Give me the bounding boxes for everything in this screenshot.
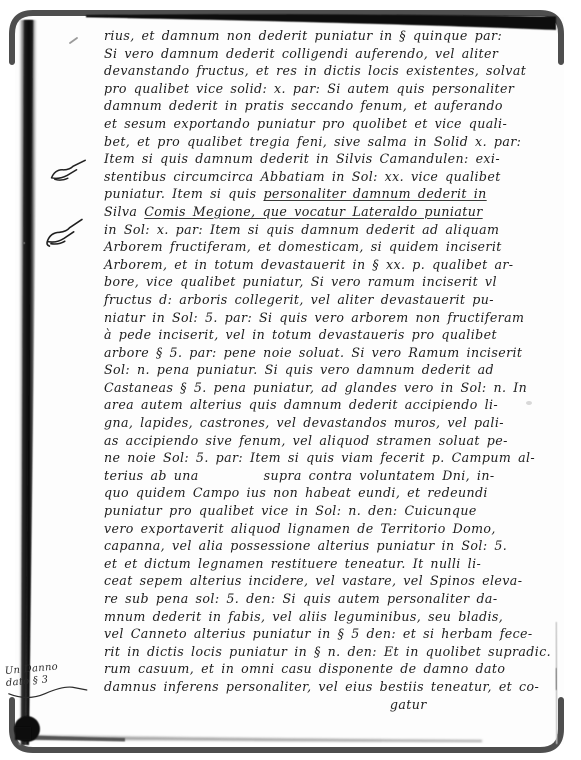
margin-note: Un Danno dato § 3 <box>4 658 99 706</box>
text-line: Sol: n. pena puniatur. Si quis vero damn… <box>104 361 558 379</box>
text-line: gna, lapides, castrones, vel devastandos… <box>104 414 558 432</box>
text-line: arbore § 5. par: pene noie soluat. Si ve… <box>104 344 558 362</box>
text-line: niatur in Sol: 5. par: Si quis vero arbo… <box>104 309 558 327</box>
text-line: as accipiendo sive fenum, vel aliquod st… <box>104 432 558 450</box>
text-line: pro qualibet vice solid: x. par: Si aute… <box>104 80 558 98</box>
text-line: et et dictum legnamen restituere teneatu… <box>104 555 558 573</box>
text-line: rit in dictis locis puniatur in § n. den… <box>104 643 558 661</box>
text-line: rum casuum, et in omni casu disponente d… <box>104 660 558 678</box>
text-line: stentibus circumcirca Abbatiam in Sol: x… <box>104 168 558 186</box>
text-line: in Sol: x. par: Item si quis damnum dede… <box>104 221 558 239</box>
text-line: area autem alterius quis damnum dederit … <box>104 396 558 414</box>
text-line: bore, vice qualibet puniatur, Si vero ra… <box>104 273 558 291</box>
text-line: et sesum exportando puniatur pro quolibe… <box>104 115 558 133</box>
manuscript-scan-page: rius, et damnum non dederit puniatur in … <box>0 0 581 760</box>
text-line: devanstando fructus, et res in dictis lo… <box>104 62 558 80</box>
text-line: mnum dederit in fabis, vel aliis legumin… <box>104 608 558 626</box>
handwritten-text: rius, et damnum non dederit puniatur in … <box>104 27 558 713</box>
text-line: vero exportaverit aliquod lignamen de Te… <box>104 520 558 538</box>
text-line: rius, et damnum non dederit puniatur in … <box>104 27 558 45</box>
text-line: Item si quis damnum dederit in Silvis Ca… <box>104 150 558 168</box>
text-line: à pede inciserit, vel in totum devastaue… <box>104 326 558 344</box>
text-line: Silva Comis Megione, que vocatur Lateral… <box>104 203 558 221</box>
text-line: re sub pena sol: 5. den: Si quis autem p… <box>104 590 558 608</box>
text-line: puniatur. Item si quis personaliter damn… <box>104 185 558 203</box>
text-line: ceat sepem alterius incidere, vel vastar… <box>104 572 558 590</box>
text-line: puniatur pro qualibet vice in Sol: n. de… <box>104 502 558 520</box>
text-line: bet, et pro qualibet tregia feni, sive s… <box>104 133 558 151</box>
text-line: damnus inferens personaliter, vel eius b… <box>104 678 558 696</box>
text-line: Castaneas § 5. pena puniatur, ad glandes… <box>104 379 558 397</box>
text-line: vel Canneto alterius puniatur in § 5 den… <box>104 625 558 643</box>
text-line: gatur <box>104 696 558 714</box>
text-line: quo quidem Campo ius non habeat eundi, e… <box>104 484 558 502</box>
text-line: terius ab una supra contra voluntatem Dn… <box>104 467 558 485</box>
text-line: Arborem, et in totum devastauerit in § x… <box>104 256 558 274</box>
text-line: fructus d: arboris collegerit, vel alite… <box>104 291 558 309</box>
text-line: ne noie Sol: 5. par: Item si quis viam f… <box>104 449 558 467</box>
text-line: damnum dederit in pratis seccando fenum,… <box>104 97 558 115</box>
text-line: Arborem fructiferam, et domesticam, si q… <box>104 238 558 256</box>
text-line: Si vero damnum dederit colligendi aufere… <box>104 45 558 63</box>
text-line: capanna, vel alia possessione alterius p… <box>104 537 558 555</box>
